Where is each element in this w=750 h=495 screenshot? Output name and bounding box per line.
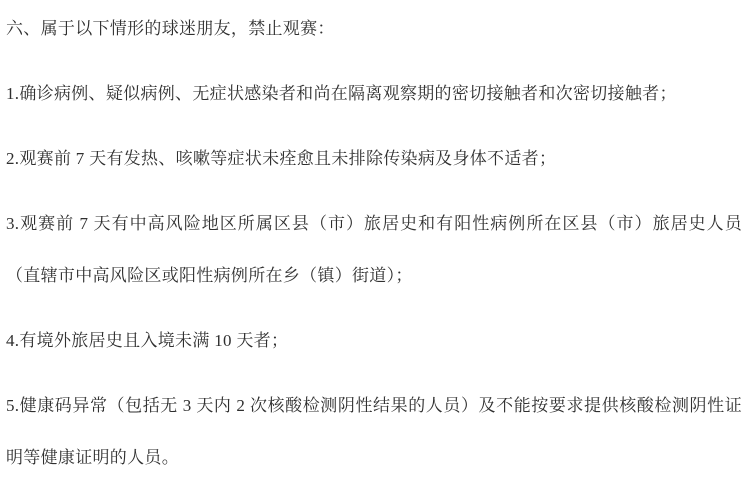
paragraph: 4.有境外旅居史且入境未满 10 天者； bbox=[6, 315, 742, 367]
paragraph: 5.健康码异常（包括无 3 天内 2 次核酸检测阴性结果的人员）及不能按要求提供… bbox=[6, 380, 742, 484]
paragraph: 3.观赛前 7 天有中高风险地区所属区县（市）旅居史和有阳性病例所在区县（市）旅… bbox=[6, 198, 742, 302]
paragraph: 2.观赛前 7 天有发热、咳嗽等症状未痊愈且未排除传染病及身体不适者； bbox=[6, 133, 742, 185]
paragraph-list: 1.确诊病例、疑似病例、无症状感染者和尚在隔离观察期的密切接触者和次密切接触者；… bbox=[6, 68, 742, 484]
document-body: 六、属于以下情形的球迷朋友，禁止观赛： 1.确诊病例、疑似病例、无症状感染者和尚… bbox=[0, 0, 750, 495]
section-heading: 六、属于以下情形的球迷朋友，禁止观赛： bbox=[6, 3, 742, 55]
paragraph: 1.确诊病例、疑似病例、无症状感染者和尚在隔离观察期的密切接触者和次密切接触者； bbox=[6, 68, 742, 120]
